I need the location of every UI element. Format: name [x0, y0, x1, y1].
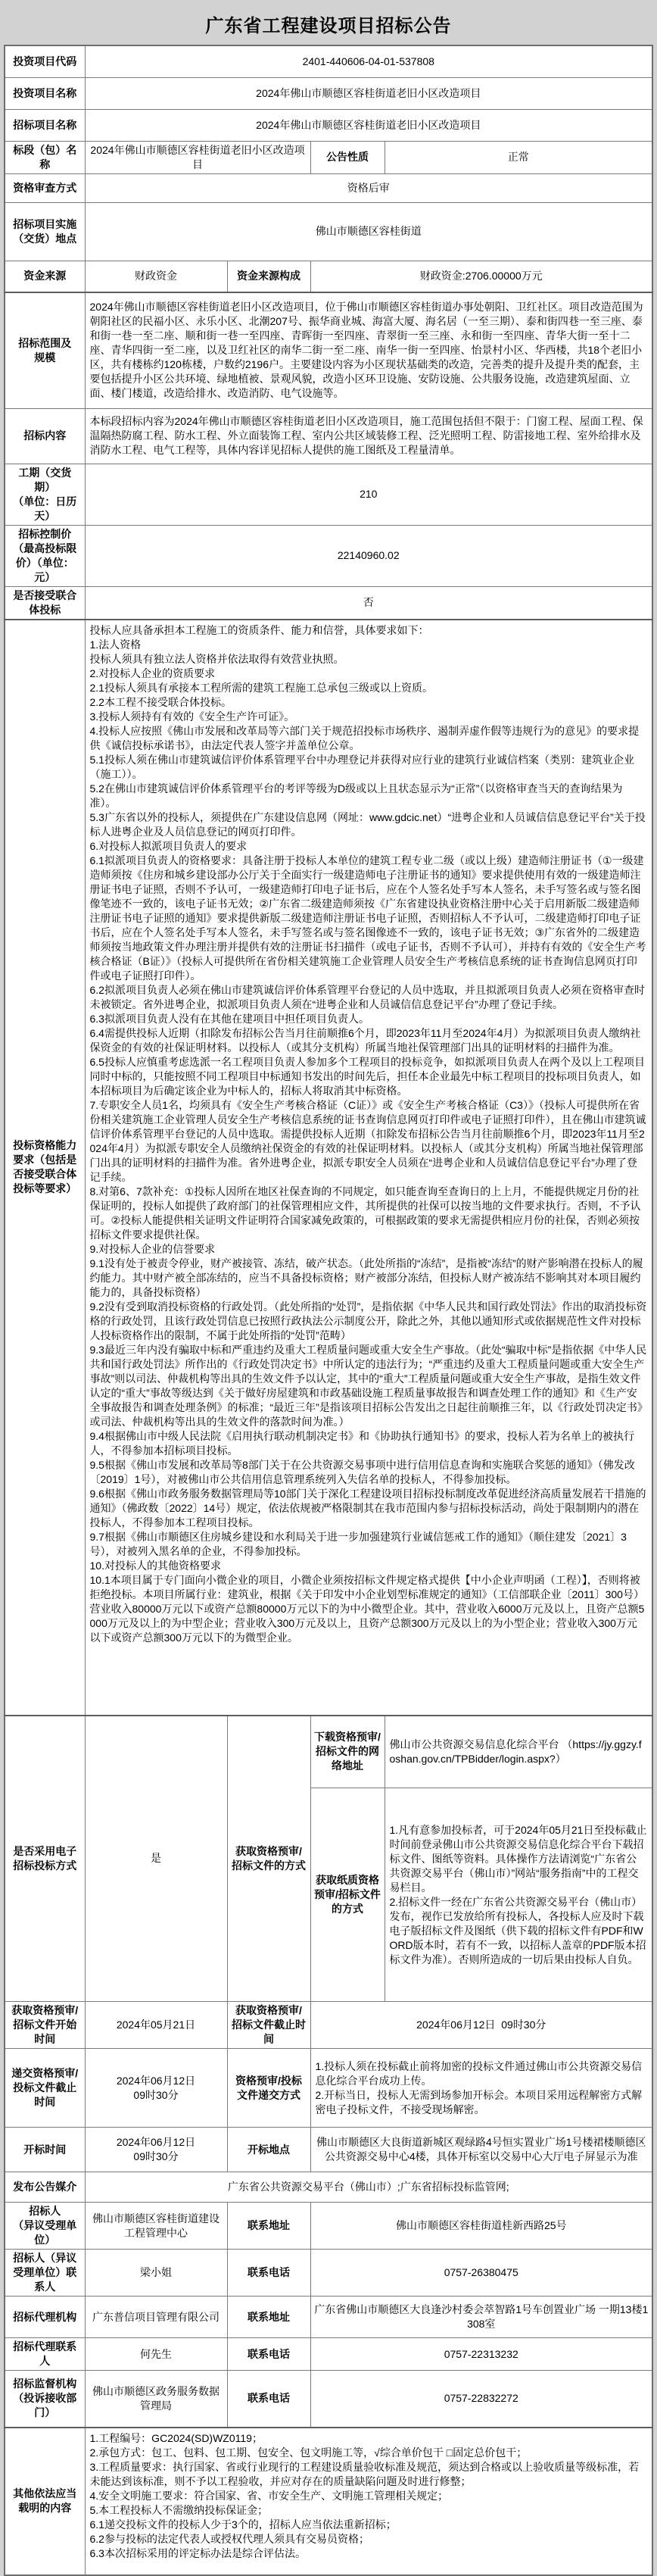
- agency-address-value: 广东省佛山市顺德区大良逢沙村委会萃智路1号车创置业广场 一期13楼1308室: [310, 2297, 652, 2338]
- row-tenderer: 招标人 （异议受理单位）佛山市顺德区容桂街道建设工程管理中心联系地址佛山市顺德区…: [5, 2203, 652, 2250]
- row-other-content: 其他依法应当载明的内容1.工程编号：GC2024(SD)WZ0119； 2.承包…: [5, 2428, 652, 2575]
- submit-deadline-value: 2024年06月12日 09时30分: [85, 2049, 227, 2128]
- supervisor-phone-label: 联系电话: [227, 2371, 310, 2428]
- announcement-table-body: 投资项目代码2401-440606-04-01-537808投资项目名称2024…: [5, 45, 652, 2575]
- open-place-label: 开标地点: [227, 2128, 310, 2172]
- file-download-url-label: 下载资格预审/招标文件的网络地址: [310, 1716, 385, 1788]
- paper-file-method-value: 1.凡有意参加投标者，可于2024年05月21日至投标截止时间前登录佛山市公共资…: [385, 1788, 652, 2002]
- other-content-label: 其他依法应当载明的内容: [5, 2428, 85, 2575]
- funding-source-value: 财政资金: [85, 261, 227, 292]
- tenderer-contact-value: 梁小姐: [85, 2250, 227, 2297]
- announcement-nature-value: 正常: [385, 141, 652, 173]
- tenderer-phone-label: 联系电话: [227, 2250, 310, 2297]
- row-price-limit: 招标控制价（最高投标限价）（单位：元）22140960.02: [5, 525, 652, 586]
- row-investment-code: 投资项目代码2401-440606-04-01-537808: [5, 45, 652, 77]
- duration-value: 210: [85, 464, 652, 525]
- tender-scope-label: 招标范围及 规模: [5, 292, 85, 408]
- obtain-end-value: 2024年06月12日 09时30分: [310, 2002, 652, 2049]
- tender-content-label: 招标内容: [5, 408, 85, 464]
- agency-address-label: 联系地址: [227, 2297, 310, 2338]
- e-bidding-label: 是否采用电子 招标投标方式: [5, 1716, 85, 2002]
- row-funding-source: 资金来源财政资金资金来源构成财政资金:2706.00000万元: [5, 261, 652, 292]
- row-bidder-qualification: 投标资格能力要求（包括是否接受联合体投标等要求）投标人应具备承担本工程施工的资质…: [5, 620, 652, 1716]
- investment-name-value: 2024年佛山市顺德区容桂街道老旧小区改造项目: [85, 77, 652, 109]
- qualification-review-value: 资格后审: [85, 173, 652, 202]
- supervisor-phone-value: 0757-22832272: [310, 2371, 652, 2428]
- tenderer-value: 佛山市顺德区容桂街道建设工程管理中心: [85, 2203, 227, 2250]
- announcement-media-label: 发布公告媒介: [5, 2172, 85, 2203]
- row-e-bidding-and-file-url: 是否采用电子 招标投标方式是获取资格预审/招标文件的方式下载资格预审/招标文件的…: [5, 1716, 652, 1788]
- submit-method-value: 1.投标人须在投标截止前将加密的投标文件通过佛山市公共资源交易信息化综合平台成功…: [310, 2049, 652, 2128]
- agency-contact-label: 招标代理联系人: [5, 2338, 85, 2371]
- agency-phone-value: 0757-22313232: [310, 2338, 652, 2371]
- other-content-value: 1.工程编号：GC2024(SD)WZ0119； 2.承包方式：包工、包料、包工…: [85, 2428, 652, 2575]
- open-time-label: 开标时间: [5, 2128, 85, 2172]
- tenderer-address-label: 联系地址: [227, 2203, 310, 2250]
- bidder-qualification-label: 投标资格能力要求（包括是否接受联合体投标等要求）: [5, 620, 85, 1716]
- qualification-review-label: 资格审查方式: [5, 173, 85, 202]
- investment-code-label: 投资项目代码: [5, 45, 85, 77]
- row-tender-project-name: 招标项目名称2024年佛山市顺德区容桂街道老旧小区改造项目: [5, 109, 652, 141]
- e-bidding-value: 是: [85, 1716, 227, 2002]
- tenderer-address-value: 佛山市顺德区容桂街道桂新西路25号: [310, 2203, 652, 2250]
- section-name-label: 标段（包）名称: [5, 141, 85, 173]
- row-agency-contact: 招标代理联系人何先生联系电话0757-22313232: [5, 2338, 652, 2371]
- submit-deadline-label: 递交资格预审/投标文件截止时间: [5, 2049, 85, 2128]
- row-tender-content: 招标内容本标段招标内容为2024年佛山市顺德区容桂街道老旧小区改造项目，施工范围…: [5, 408, 652, 464]
- tenderer-phone-value: 0757-26380475: [310, 2250, 652, 2297]
- supervisor-value: 佛山市顺德区政务服务数据管理局: [85, 2371, 227, 2428]
- price-limit-value: 22140960.02: [85, 525, 652, 586]
- announcement-page: 广东省工程建设项目招标公告 投资项目代码2401-440606-04-01-53…: [0, 11, 657, 2576]
- file-download-url-value: 佛山市公共资源交易信息化综合平台 （https://jy.ggzy.foshan…: [385, 1716, 652, 1788]
- tender-project-name-label: 招标项目名称: [5, 109, 85, 141]
- paper-file-method-label: 获取纸质资格预审/招标文件的方式: [310, 1788, 385, 2002]
- delivery-location-label: 招标项目实施 （交货）地点: [5, 202, 85, 261]
- agency-label: 招标代理机构: [5, 2297, 85, 2338]
- announcement-nature-label: 公告性质: [310, 141, 385, 173]
- duration-label: 工期（交货期） （单位：日历天）: [5, 464, 85, 525]
- tenderer-contact-label: 招标人（异议受理单位）联系人: [5, 2250, 85, 2297]
- row-section-name: 标段（包）名称2024年佛山市顺德区容桂街道老旧小区改造项目公告性质正常: [5, 141, 652, 173]
- announcement-table: 投资项目代码2401-440606-04-01-537808投资项目名称2024…: [4, 45, 653, 2576]
- row-bid-opening: 开标时间2024年06月12日 09时30分开标地点佛山市顺德区大良街道新城区观…: [5, 2128, 652, 2172]
- agency-contact-value: 何先生: [85, 2338, 227, 2371]
- section-name-value: 2024年佛山市顺德区容桂街道老旧小区改造项目: [85, 141, 310, 173]
- tender-content-value: 本标段招标内容为2024年佛山市顺德区容桂街道老旧小区改造项目，施工范围包括但不…: [85, 408, 652, 464]
- consortium-value: 否: [85, 586, 652, 620]
- funding-composition-label: 资金来源构成: [227, 261, 310, 292]
- tender-project-name-value: 2024年佛山市顺德区容桂街道老旧小区改造项目: [85, 109, 652, 141]
- tender-scope-value: 2024年佛山市顺德区容桂街道老旧小区改造项目，位于佛山市顺德区容桂街道办事处朝…: [85, 292, 652, 408]
- investment-code-value: 2401-440606-04-01-537808: [85, 45, 652, 77]
- row-submit-deadline: 递交资格预审/投标文件截止时间2024年06月12日 09时30分资格预审/投标…: [5, 2049, 652, 2128]
- page-title: 广东省工程建设项目招标公告: [0, 11, 657, 37]
- row-delivery-location: 招标项目实施 （交货）地点佛山市顺德区容桂街道: [5, 202, 652, 261]
- row-tenderer-contact: 招标人（异议受理单位）联系人梁小姐联系电话0757-26380475: [5, 2250, 652, 2297]
- row-supervisor: 招标监督机构 （投诉接收部门）佛山市顺德区政务服务数据管理局联系电话0757-2…: [5, 2371, 652, 2428]
- row-consortium: 是否接受联合体投标否: [5, 586, 652, 620]
- row-duration: 工期（交货期） （单位：日历天）210: [5, 464, 652, 525]
- bidder-qualification-value: 投标人应具备承担本工程施工的资质条件、能力和信誉，具体要求如下： 1.法人资格 …: [85, 620, 652, 1716]
- investment-name-label: 投资项目名称: [5, 77, 85, 109]
- funding-composition-value: 财政资金:2706.00000万元: [310, 261, 652, 292]
- open-place-value: 佛山市顺德区大良街道新城区观绿路4号恒实置业广场1号楼裙楼顺德区公共资源交易中心…: [310, 2128, 652, 2172]
- obtain-end-label: 获取资格预审/招标文件截止时间: [227, 2002, 310, 2049]
- row-announcement-media: 发布公告媒介广东省公共资源交易平台（佛山市）;广东省招标投标监管网;: [5, 2172, 652, 2203]
- delivery-location-value: 佛山市顺德区容桂街道: [85, 202, 652, 261]
- obtain-file-method-label: 获取资格预审/招标文件的方式: [227, 1716, 310, 2002]
- agency-value: 广东普信项目管理有限公司: [85, 2297, 227, 2338]
- tenderer-label: 招标人 （异议受理单位）: [5, 2203, 85, 2250]
- row-agency: 招标代理机构广东普信项目管理有限公司联系地址广东省佛山市顺德区大良逢沙村委会萃智…: [5, 2297, 652, 2338]
- row-obtain-file-time: 获取资格预审/招标文件开始时间2024年05月21日获取资格预审/招标文件截止时…: [5, 2002, 652, 2049]
- row-qualification-review-method: 资格审查方式资格后审: [5, 173, 652, 202]
- obtain-start-label: 获取资格预审/招标文件开始时间: [5, 2002, 85, 2049]
- supervisor-label: 招标监督机构 （投诉接收部门）: [5, 2371, 85, 2428]
- open-time-value: 2024年06月12日 09时30分: [85, 2128, 227, 2172]
- submit-method-label: 资格预审/投标文件递交方式: [227, 2049, 310, 2128]
- agency-phone-label: 联系电话: [227, 2338, 310, 2371]
- price-limit-label: 招标控制价（最高投标限价）（单位：元）: [5, 525, 85, 586]
- announcement-media-value: 广东省公共资源交易平台（佛山市）;广东省招标投标监管网;: [85, 2172, 652, 2203]
- funding-source-label: 资金来源: [5, 261, 85, 292]
- row-tender-scope: 招标范围及 规模2024年佛山市顺德区容桂街道老旧小区改造项目，位于佛山市顺德区…: [5, 292, 652, 408]
- consortium-label: 是否接受联合体投标: [5, 586, 85, 620]
- obtain-start-value: 2024年05月21日: [85, 2002, 227, 2049]
- row-investment-name: 投资项目名称2024年佛山市顺德区容桂街道老旧小区改造项目: [5, 77, 652, 109]
